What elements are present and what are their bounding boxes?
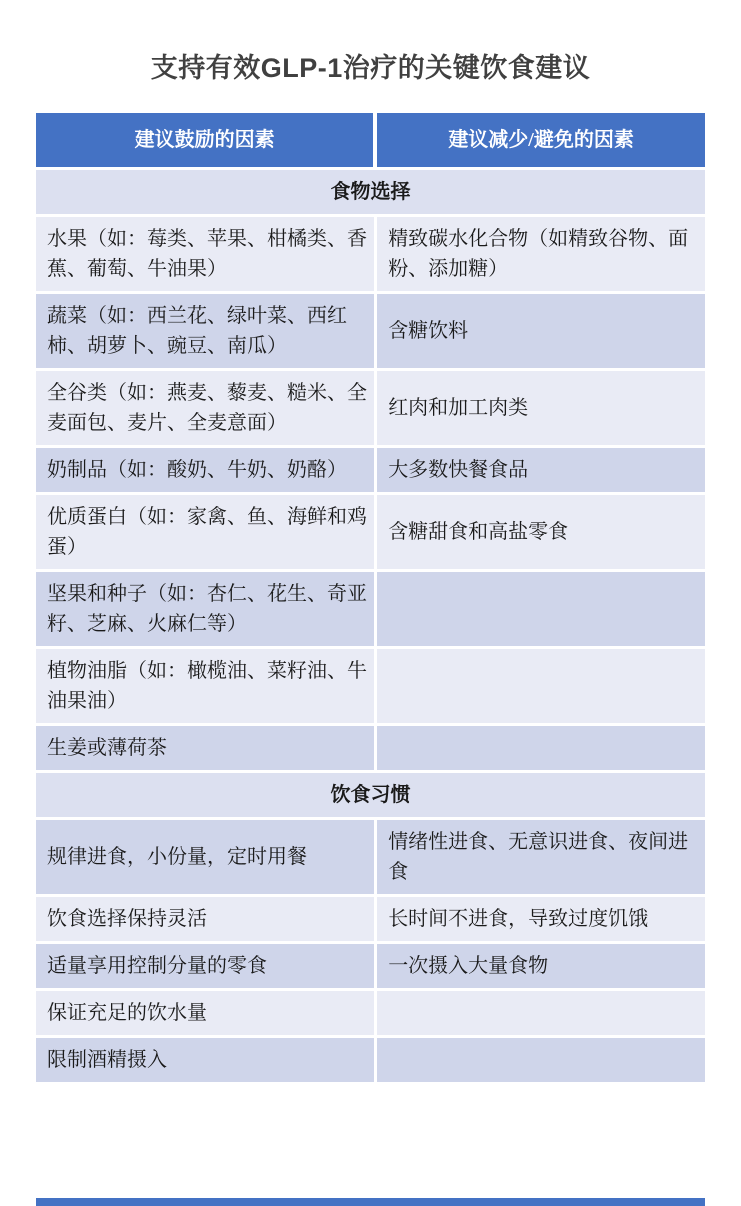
page-title: 支持有效GLP-1治疗的关键饮食建议 — [30, 46, 711, 85]
column-header-encourage: 建议鼓励的因素 — [36, 113, 377, 170]
section-header-row: 饮食习惯 — [36, 773, 705, 820]
avoid-cell — [377, 991, 705, 1038]
avoid-cell: 含糖甜食和高盐零食 — [377, 495, 705, 572]
table-row: 饮食选择保持灵活长时间不进食，导致过度饥饿 — [36, 897, 705, 944]
encourage-cell: 全谷类（如：燕麦、藜麦、糙米、全麦面包、麦片、全麦意面） — [36, 371, 377, 448]
avoid-cell: 大多数快餐食品 — [377, 448, 705, 495]
page: 支持有效GLP-1治疗的关键饮食建议 建议鼓励的因素 建议减少/避免的因素 食物… — [0, 0, 741, 1206]
table-row: 植物油脂（如：橄榄油、菜籽油、牛油果油） — [36, 649, 705, 726]
table-row: 坚果和种子（如：杏仁、花生、奇亚籽、芝麻、火麻仁等） — [36, 572, 705, 649]
encourage-cell: 生姜或薄荷茶 — [36, 726, 377, 773]
table-header: 建议鼓励的因素 建议减少/避免的因素 — [36, 113, 705, 170]
section-header-eating-habits: 饮食习惯 — [36, 773, 705, 820]
avoid-cell — [377, 649, 705, 726]
encourage-cell: 水果（如：莓类、苹果、柑橘类、香蕉、葡萄、牛油果） — [36, 217, 377, 294]
table-row: 限制酒精摄入 — [36, 1038, 705, 1085]
encourage-cell: 适量享用控制分量的零食 — [36, 944, 377, 991]
avoid-cell — [377, 726, 705, 773]
section-header-food-choices: 食物选择 — [36, 170, 705, 217]
table-row: 生姜或薄荷茶 — [36, 726, 705, 773]
bottom-accent-bar — [36, 1198, 705, 1206]
table-row: 优质蛋白（如：家禽、鱼、海鲜和鸡蛋）含糖甜食和高盐零食 — [36, 495, 705, 572]
encourage-cell: 蔬菜（如：西兰花、绿叶菜、西红柿、胡萝卜、豌豆、南瓜） — [36, 294, 377, 371]
encourage-cell: 奶制品（如：酸奶、牛奶、奶酪） — [36, 448, 377, 495]
table-row: 蔬菜（如：西兰花、绿叶菜、西红柿、胡萝卜、豌豆、南瓜）含糖饮料 — [36, 294, 705, 371]
avoid-cell — [377, 572, 705, 649]
encourage-cell: 规律进食，小份量，定时用餐 — [36, 820, 377, 897]
section-header-row: 食物选择 — [36, 170, 705, 217]
table-row: 水果（如：莓类、苹果、柑橘类、香蕉、葡萄、牛油果）精致碳水化合物（如精致谷物、面… — [36, 217, 705, 294]
avoid-cell — [377, 1038, 705, 1085]
table-row: 全谷类（如：燕麦、藜麦、糙米、全麦面包、麦片、全麦意面）红肉和加工肉类 — [36, 371, 705, 448]
avoid-cell: 长时间不进食，导致过度饥饿 — [377, 897, 705, 944]
column-header-avoid: 建议减少/避免的因素 — [377, 113, 705, 170]
avoid-cell: 红肉和加工肉类 — [377, 371, 705, 448]
header-row: 建议鼓励的因素 建议减少/避免的因素 — [36, 113, 705, 170]
avoid-cell: 一次摄入大量食物 — [377, 944, 705, 991]
table-row: 奶制品（如：酸奶、牛奶、奶酪）大多数快餐食品 — [36, 448, 705, 495]
avoid-cell: 精致碳水化合物（如精致谷物、面粉、添加糖） — [377, 217, 705, 294]
avoid-cell: 含糖饮料 — [377, 294, 705, 371]
encourage-cell: 植物油脂（如：橄榄油、菜籽油、牛油果油） — [36, 649, 377, 726]
avoid-cell: 情绪性进食、无意识进食、夜间进食 — [377, 820, 705, 897]
diet-table: 建议鼓励的因素 建议减少/避免的因素 食物选择 水果（如：莓类、苹果、柑橘类、香… — [36, 113, 705, 1085]
encourage-cell: 限制酒精摄入 — [36, 1038, 377, 1085]
encourage-cell: 优质蛋白（如：家禽、鱼、海鲜和鸡蛋） — [36, 495, 377, 572]
encourage-cell: 饮食选择保持灵活 — [36, 897, 377, 944]
section-eating-habits: 饮食习惯 规律进食，小份量，定时用餐情绪性进食、无意识进食、夜间进食饮食选择保持… — [36, 773, 705, 1085]
encourage-cell: 保证充足的饮水量 — [36, 991, 377, 1038]
section-food-choices: 食物选择 水果（如：莓类、苹果、柑橘类、香蕉、葡萄、牛油果）精致碳水化合物（如精… — [36, 170, 705, 773]
encourage-cell: 坚果和种子（如：杏仁、花生、奇亚籽、芝麻、火麻仁等） — [36, 572, 377, 649]
table-row: 保证充足的饮水量 — [36, 991, 705, 1038]
table-row: 规律进食，小份量，定时用餐情绪性进食、无意识进食、夜间进食 — [36, 820, 705, 897]
table-row: 适量享用控制分量的零食一次摄入大量食物 — [36, 944, 705, 991]
